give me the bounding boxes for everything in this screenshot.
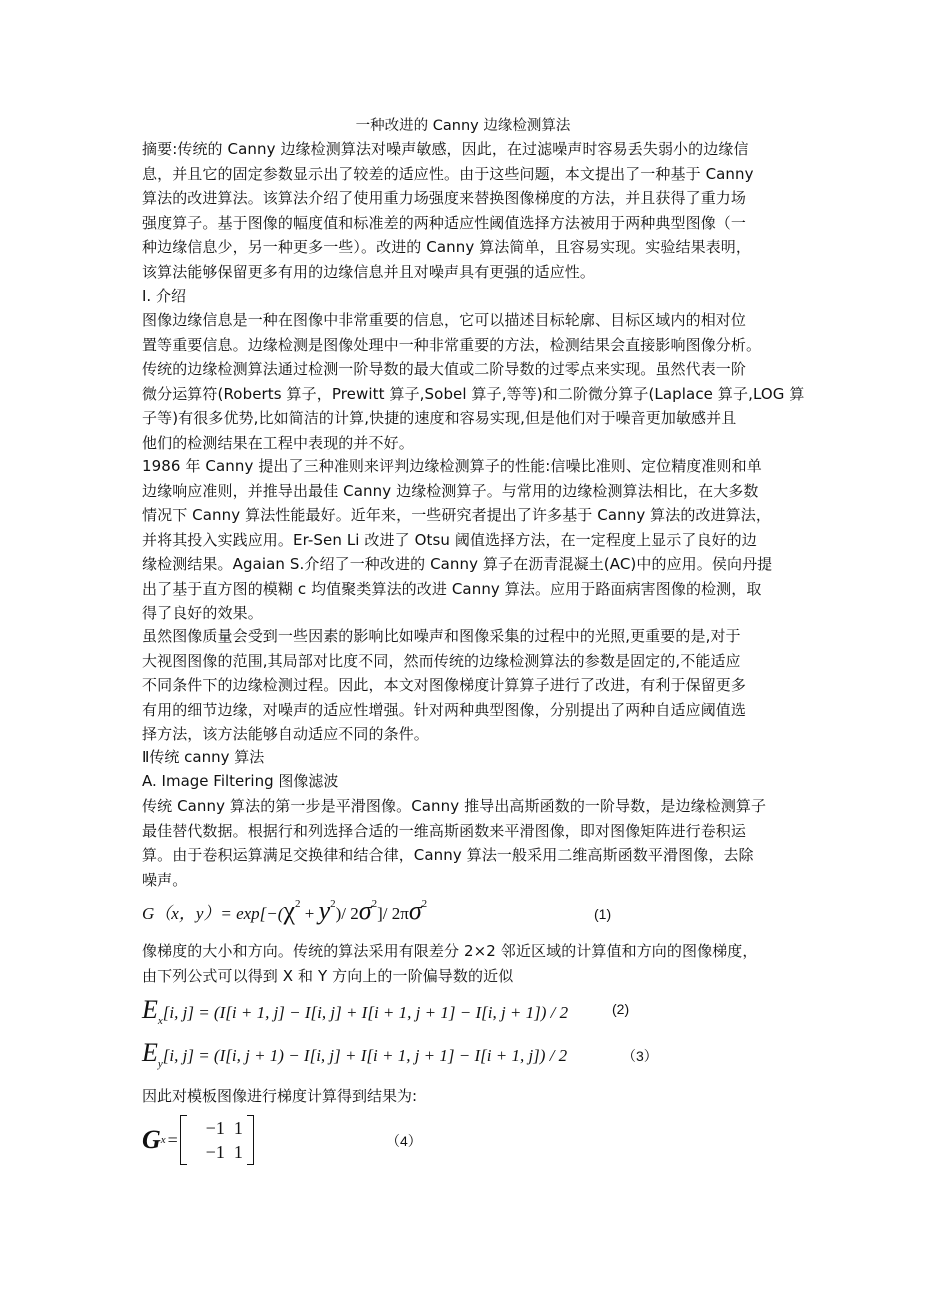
eq4-equals: =: [168, 1130, 178, 1151]
paragraph-line: 微分运算符(Roberts 算子，Prewitt 算子,Sobel 算子,等等)…: [142, 382, 787, 407]
eq1-sup: 2: [422, 898, 428, 910]
eq1-plus: +: [300, 904, 318, 923]
right-bracket: [247, 1115, 254, 1165]
eq1-end: ]/ 2π: [377, 904, 409, 923]
paper-title: 一种改进的 Canny 边缘检测算法: [0, 116, 926, 136]
equation-4: Gx= −1 1 −1 1: [142, 1115, 254, 1165]
eq4-symbol: G: [142, 1125, 161, 1155]
equation-4-number: （4）: [386, 1131, 422, 1151]
document-page: 一种改进的 Canny 边缘检测算法 摘要:传统的 Canny 边缘检测算法对噪…: [0, 0, 926, 1309]
paragraph-line: 置等重要信息。边缘检测是图像处理中一种非常重要的方法，检测结果会直接影响图像分析…: [142, 333, 787, 358]
eq3-body: [i, j] = (I[i, j + 1) − I[i, j] + I[i + …: [163, 1046, 567, 1065]
paragraph-line: 传统的边缘检测算法通过检测一阶导数的最大值或二阶导数的过零点来实现。虽然代表一阶: [142, 357, 787, 382]
paragraph-line: 择方法，该方法能够自动适应不同的条件。: [142, 722, 787, 747]
paragraph-line: 子等)有很多优势,比如简洁的计算,快捷的速度和容易实现,但是他们对于噪音更加敏感…: [142, 406, 787, 431]
paragraph-line: 最佳替代数据。根据行和列选择合适的一维高斯函数来平滑图像，即对图像矩阵进行卷积运: [142, 819, 787, 844]
paragraph-line: 得了良好的效果。: [142, 601, 787, 626]
equation-3-number: （3）: [622, 1046, 658, 1066]
abstract-line: 息，并且它的固定参数显示出了较差的适应性。由于这些问题，本文提出了一种基于 Ca…: [142, 162, 787, 187]
paragraph-line: 算。由于卷积运算满足交换律和结合律，Canny 算法一般采用二维高斯函数平滑图像…: [142, 843, 787, 868]
paragraph-line: 出了基于直方图的模糊 c 均值聚类算法的改进 Canny 算法。应用于路面病害图…: [142, 577, 787, 602]
eq1-lhs: G（x，y）= exp[−(: [142, 904, 283, 923]
paragraph-line: 传统 Canny 算法的第一步是平滑图像。Canny 推导出高斯函数的一阶导数，…: [142, 794, 787, 819]
eq1-sigma: σ: [409, 896, 422, 925]
section-heading-introduction: I. 介绍: [142, 284, 186, 309]
paragraph-line: 并将其投入实践应用。Er-Sen Li 改进了 Otsu 阈值选择方法，在一定程…: [142, 528, 787, 553]
eq1-x: χ: [283, 896, 295, 925]
equation-2-number: (2): [612, 1001, 629, 1017]
eq2-body: [i, j] = (I[i + 1, j] − I[i, j] + I[i + …: [163, 1003, 568, 1022]
matrix-cell: −1: [191, 1141, 225, 1163]
paragraph-line: 噪声。: [142, 868, 787, 893]
eq3-symbol: E: [142, 1038, 158, 1067]
paragraph-line: 由下列公式可以得到 X 和 Y 方向上的一阶偏导数的近似: [142, 964, 787, 989]
intro-paragraph-2: 1986 年 Canny 提出了三种准则来评判边缘检测算子的性能:信噪比准则、定…: [142, 454, 787, 626]
paragraph-line: 虽然图像质量会受到一些因素的影响比如噪声和图像采集的过程中的光照,更重要的是,对…: [142, 624, 787, 649]
intro-paragraph-1: 图像边缘信息是一种在图像中非常重要的信息，它可以描述目标轮廓、目标区域内的相对位…: [142, 308, 787, 455]
matrix-cell: 1: [225, 1117, 243, 1139]
abstract: 摘要:传统的 Canny 边缘检测算法对噪声敏感，因此，在过滤噪声时容易丢失弱小…: [142, 137, 787, 284]
subsection-heading-image-filtering: A. Image Filtering 图像滤波: [142, 769, 338, 794]
paragraph-line: 缘检测结果。Agaian S.介绍了一种改进的 Canny 算子在沥青混凝土(A…: [142, 552, 787, 577]
paragraph-line: 情况下 Canny 算法性能最好。近年来，一些研究者提出了许多基于 Canny …: [142, 503, 787, 528]
paragraph-line: 边缘响应准则，并推导出最佳 Canny 边缘检测算子。与常用的边缘检测算法相比，…: [142, 479, 787, 504]
abstract-line: 强度算子。基于图像的幅度值和标准差的两种适应性阈值选择方法被用于两种典型图像（一: [142, 211, 787, 236]
equation-2: Ex[i, j] = (I[i + 1, j] − I[i, j] + I[i …: [142, 995, 568, 1027]
eq2-symbol: E: [142, 995, 158, 1024]
paragraph-line: 图像边缘信息是一种在图像中非常重要的信息，它可以描述目标轮廓、目标区域内的相对位: [142, 308, 787, 333]
abstract-line: 该算法能够保留更多有用的边缘信息并且对噪声具有更强的适应性。: [142, 260, 787, 285]
left-bracket: [180, 1115, 187, 1165]
filtering-paragraph: 传统 Canny 算法的第一步是平滑图像。Canny 推导出高斯函数的一阶导数，…: [142, 794, 787, 892]
equation-1-number: (1): [594, 906, 611, 922]
intro-paragraph-3: 虽然图像质量会受到一些因素的影响比如噪声和图像采集的过程中的光照,更重要的是,对…: [142, 624, 787, 747]
abstract-line: 算法的改进算法。该算法介绍了使用重力场强度来替换图像梯度的方法，并且获得了重力场: [142, 186, 787, 211]
eq1-sigma: σ: [359, 896, 372, 925]
abstract-line: 摘要:传统的 Canny 边缘检测算法对噪声敏感，因此，在过滤噪声时容易丢失弱小…: [142, 137, 787, 162]
paragraph-line: 不同条件下的边缘检测过程。因此，本文对图像梯度计算算子进行了改进，有利于保留更多: [142, 673, 787, 698]
gradient-result-text: 因此对模板图像进行梯度计算得到结果为:: [142, 1084, 417, 1109]
matrix-cell: −1: [191, 1117, 225, 1139]
eq1-y: y: [319, 896, 331, 925]
eq1-mid: )/ 2: [336, 904, 359, 923]
paragraph-line: 有用的细节边缘，对噪声的适应性增强。针对两种典型图像，分别提出了两种自适应阈值选: [142, 698, 787, 723]
gradient-paragraph: 像梯度的大小和方向。传统的算法采用有限差分 2×2 邻近区域的计算值和方向的图像…: [142, 939, 787, 988]
eq4-subscript: x: [161, 1134, 166, 1146]
paragraph-line: 1986 年 Canny 提出了三种准则来评判边缘检测算子的性能:信噪比准则、定…: [142, 454, 787, 479]
gradient-matrix: −1 1 −1 1: [180, 1115, 254, 1165]
matrix-cell: 1: [225, 1141, 243, 1163]
paragraph-line: 像梯度的大小和方向。传统的算法采用有限差分 2×2 邻近区域的计算值和方向的图像…: [142, 939, 787, 964]
paragraph-line: 他们的检测结果在工程中表现的并不好。: [142, 431, 787, 456]
equation-1: G（x，y）= exp[−(χ2 + y2)/ 2σ2]/ 2πσ2: [142, 896, 427, 926]
equation-3: Ey[i, j] = (I[i, j + 1) − I[i, j] + I[i …: [142, 1038, 567, 1070]
section-heading-traditional-canny: Ⅱ传统 canny 算法: [142, 745, 264, 770]
paragraph-line: 大视图图像的范围,其局部对比度不同，然而传统的边缘检测算法的参数是固定的,不能适…: [142, 649, 787, 674]
abstract-line: 种边缘信息少，另一种更多一些）。改进的 Canny 算法简单，且容易实现。实验结…: [142, 235, 787, 260]
